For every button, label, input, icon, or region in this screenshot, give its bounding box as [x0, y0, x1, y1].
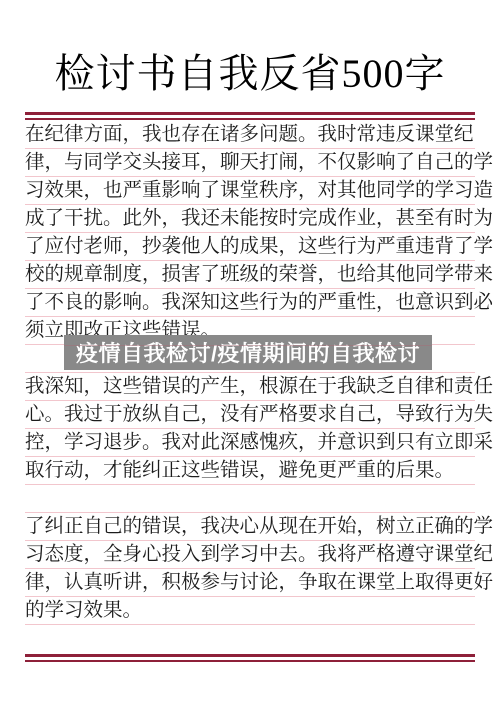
text-line: 律，认真听讲，积极参与讨论，争取在课堂上取得更好	[25, 569, 475, 597]
text-line: 律，与同学交头接耳，聊天打闹，不仅影响了自己的学	[25, 149, 475, 177]
document-page: 检讨书自我反省500字 在纪律方面，我也存在诸多问题。我时常违反课堂纪 律，与同…	[0, 0, 500, 707]
text-line: 了不良的影响。我深知这些行为的严重性，也意识到必	[25, 289, 475, 317]
text-line: 我深知，这些错误的产生，根源在于我缺乏自律和责任	[25, 373, 475, 401]
text-line: 控，学习退步。我对此深感愧疚，并意识到只有立即采	[25, 429, 475, 457]
text-line: 取行动，才能纠正这些错误，避免更严重的后果。	[25, 457, 475, 485]
text-line: 习态度，全身心投入到学习中去。我将严格遵守课堂纪	[25, 541, 475, 569]
text-line: 了应付老师，抄袭他人的成果，这些行为严重违背了学	[25, 233, 475, 261]
ruled-line-blank	[25, 485, 475, 513]
text-line: 习效果，也严重影响了课堂秩序，对其他同学的学习造	[25, 177, 475, 205]
text-line: 在纪律方面，我也存在诸多问题。我时常违反课堂纪	[25, 121, 475, 149]
rule-through-banner	[64, 345, 432, 346]
text-line: 成了干扰。此外，我还未能按时完成作业，甚至有时为	[25, 205, 475, 233]
text-line: 的学习效果。	[25, 597, 475, 625]
text-line: 心。我过于放纵自己，没有严格要求自己，导致行为失	[25, 401, 475, 429]
text-line: 校的规章制度，损害了班级的荣誉，也给其他同学带来	[25, 261, 475, 289]
title-divider-line	[25, 112, 475, 120]
text-line: 了纠正自己的错误，我决心从现在开始，树立正确的学	[25, 513, 475, 541]
page-title: 检讨书自我反省500字	[0, 46, 500, 102]
watermark-banner: 疫情自我检讨/疫情期间的自我检讨	[64, 335, 432, 370]
footer-divider-line	[25, 654, 475, 662]
